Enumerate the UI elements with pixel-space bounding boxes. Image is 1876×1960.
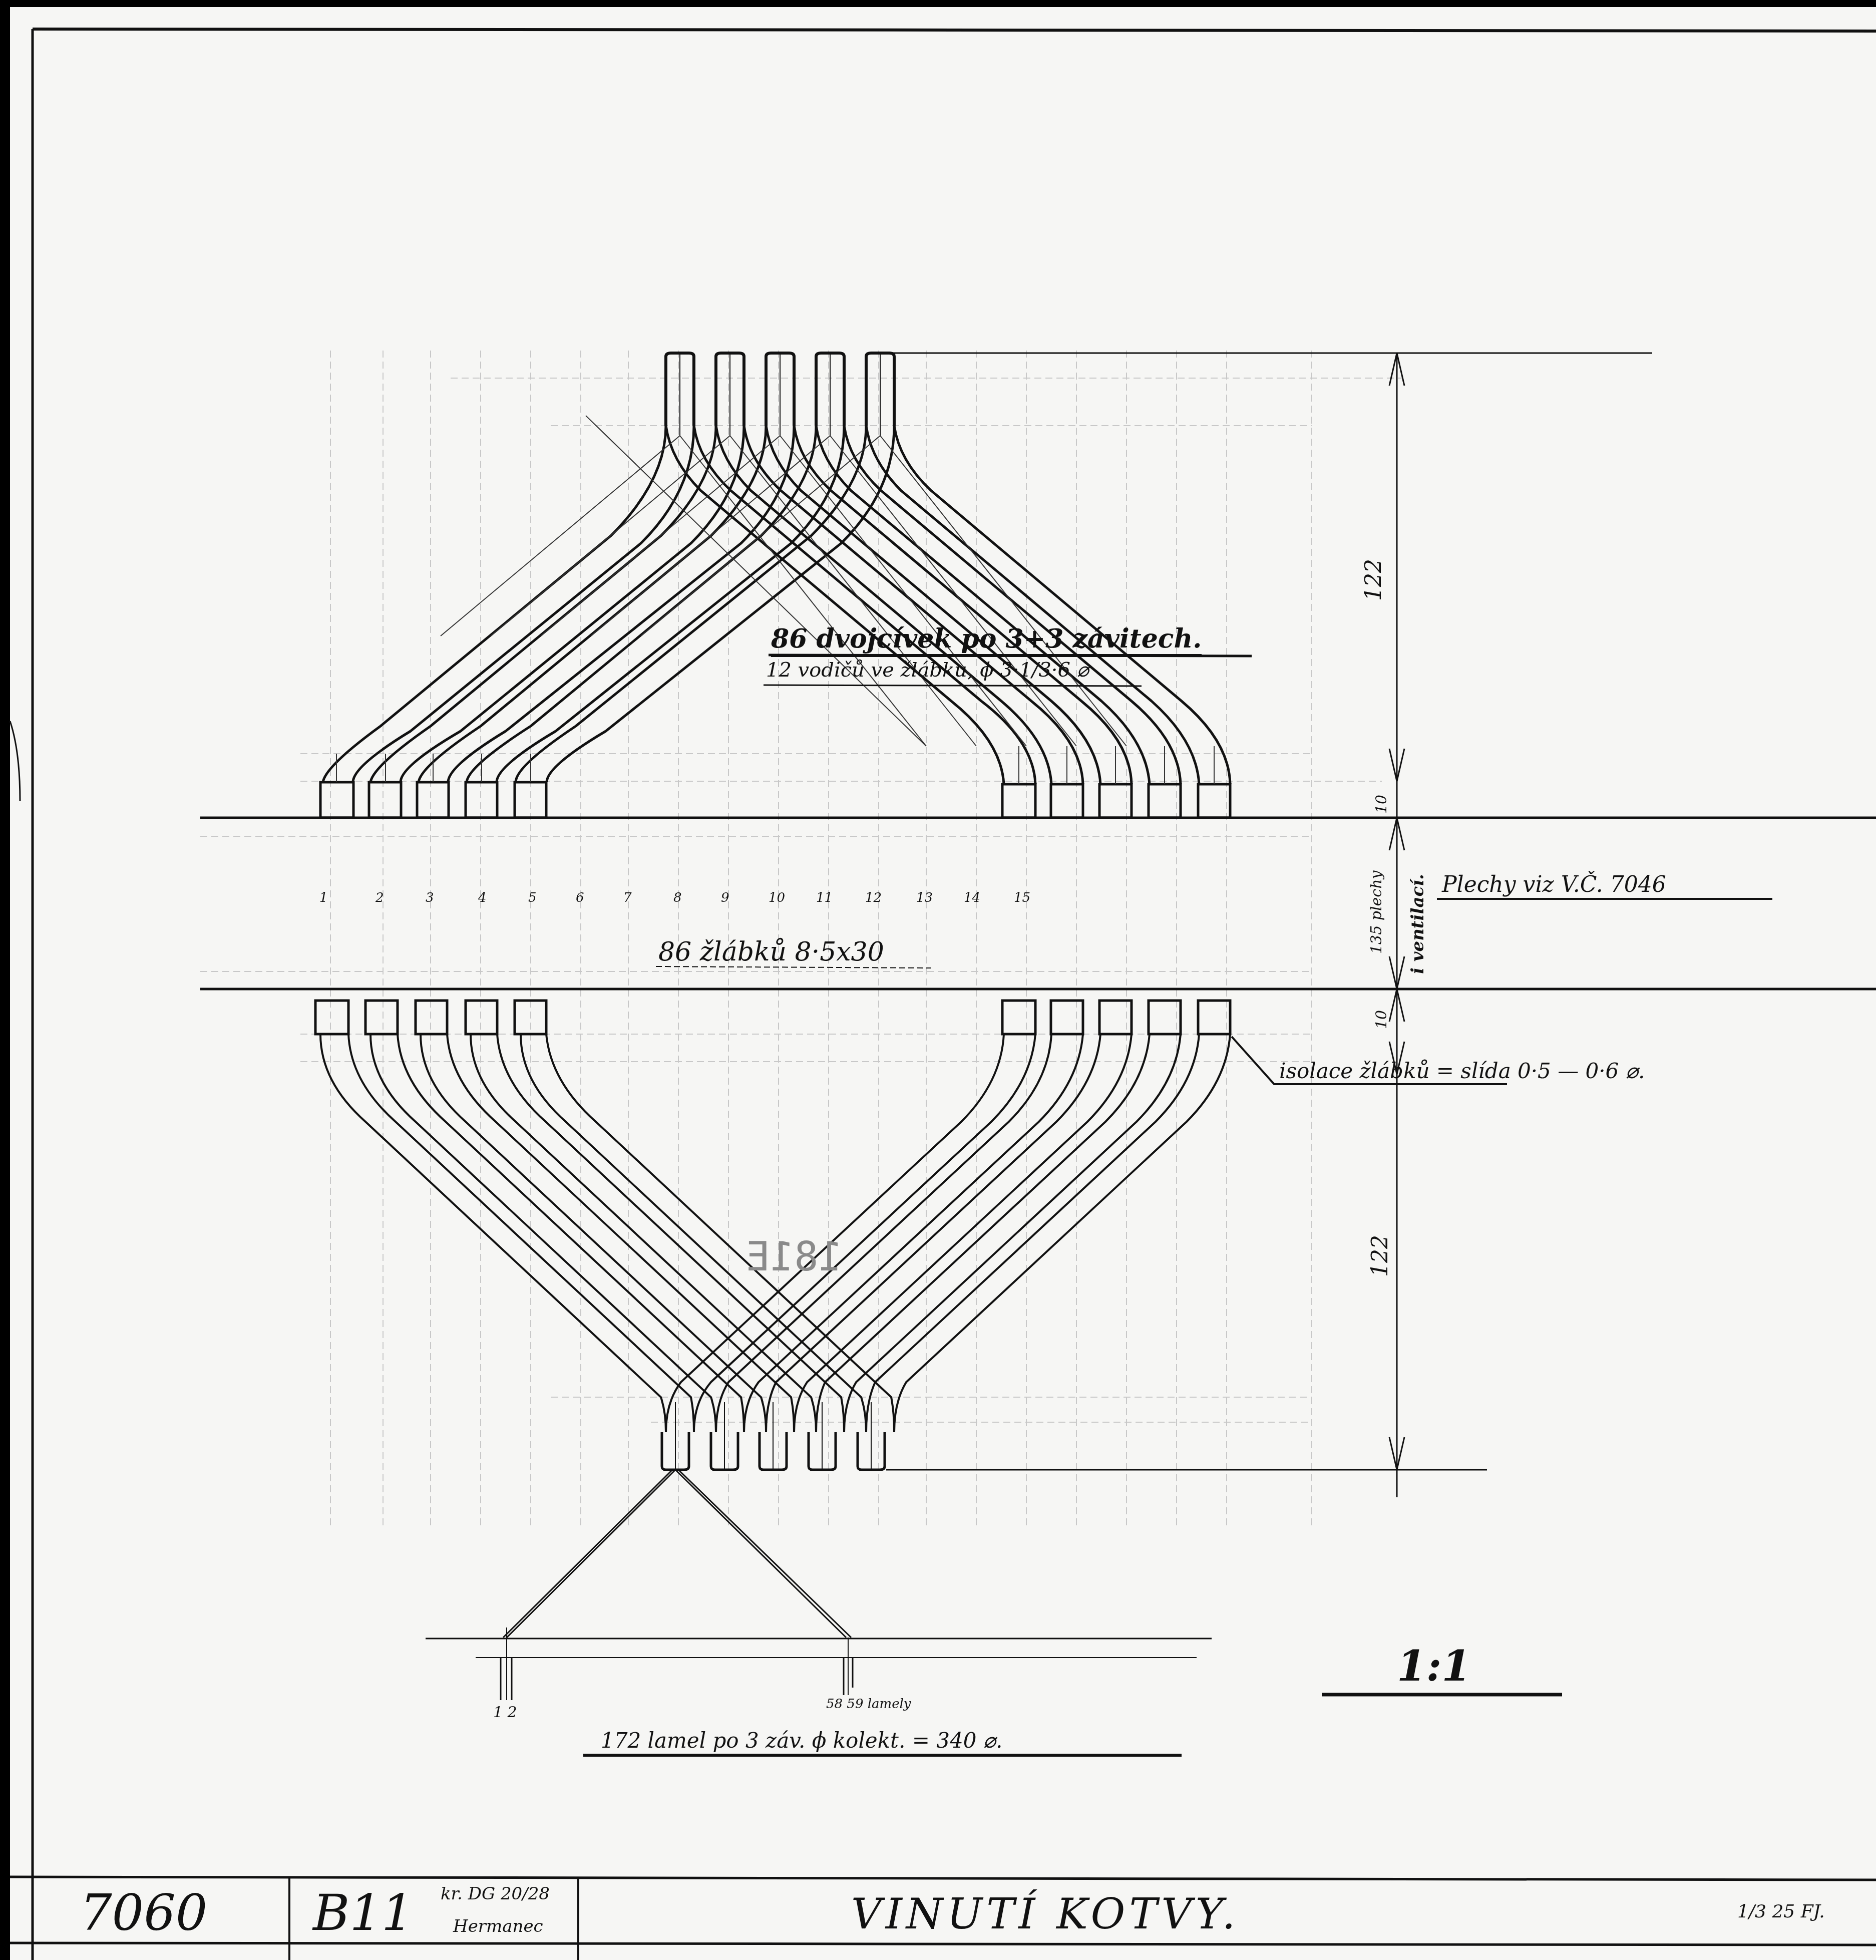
text-underlines — [583, 655, 1772, 1755]
drawn-by-note: kr. DG 20/28 — [441, 1885, 550, 1902]
upper-winding-left — [323, 426, 894, 782]
edge-arc — [10, 721, 20, 801]
slot-number: 5 — [528, 890, 537, 905]
armature-winding-diagram — [0, 0, 1876, 1960]
commutator-note: 172 lamel po 3 záv. ϕ kolekt. = 340 ⌀. — [601, 1730, 1002, 1751]
slot-number: 6 — [576, 890, 584, 905]
lamella-left-label: 1 2 — [493, 1705, 517, 1720]
slot-number: 12 — [865, 890, 882, 905]
commutator-leads — [503, 1470, 851, 1638]
slot-number: 9 — [721, 890, 729, 905]
coils-note: 86 dvojcívek po 3+3 závitech. — [771, 626, 1202, 657]
mirrored-stamp: 181E — [746, 1237, 843, 1277]
dim-upper-gap: 10 — [1374, 795, 1389, 814]
lamella-right-label: 58 59 lamely — [826, 1698, 911, 1711]
insulation-note: isolace žlábků = slída 0·5 — 0·6 ⌀. — [1279, 1061, 1645, 1082]
drawing-number: 7060 — [80, 1888, 208, 1938]
author-name: Hermanec — [453, 1918, 543, 1935]
slot-number: 8 — [673, 890, 682, 905]
dim-lower-gap: 10 — [1374, 1010, 1389, 1029]
dim-lower-overhang: 122 — [1369, 1235, 1391, 1277]
conductors-note: 12 vodičů ve žlábku, ϕ 3·1/3·6 ⌀ — [766, 660, 1089, 680]
slot-number: 3 — [426, 890, 434, 905]
upper-slot-boxes — [320, 782, 1230, 818]
commutator-lines — [426, 1627, 1212, 1700]
lower-slot-boxes — [315, 1001, 1230, 1034]
core-sheets-note: 135 plechy — [1369, 871, 1384, 954]
core-ventilation-note: i ventilací. — [1409, 874, 1426, 974]
slot-number: 1 — [319, 890, 328, 905]
sheet-frame — [33, 29, 1876, 1960]
slot-number: 13 — [916, 890, 933, 905]
slot-number: 11 — [816, 890, 833, 905]
slot-number: 7 — [623, 890, 632, 905]
upper-winding-inner — [336, 416, 1214, 784]
sheets-reference-note: Plechy viz V.Č. 7046 — [1442, 874, 1666, 896]
lower-coil-center-lines — [675, 1402, 871, 1470]
drawing-sheet: 181E 86 dvojcívek po 3+3 závitech. 12 vo… — [0, 0, 1876, 1960]
dim-upper-overhang: 122 — [1363, 559, 1385, 601]
drawing-title: VINUTÍ KOTVY. — [851, 1893, 1239, 1935]
slot-number: 2 — [376, 890, 384, 905]
slot-number: 14 — [964, 890, 980, 905]
upper-winding-right — [666, 426, 1230, 784]
upper-coil-center-lines — [680, 353, 880, 436]
series-code: B11 — [313, 1888, 414, 1938]
slot-number: 15 — [1014, 890, 1030, 905]
slot-number: 4 — [478, 890, 487, 905]
scale-label: 1:1 — [1397, 1645, 1471, 1687]
slots-note: 86 žlábků 8·5x30 — [658, 939, 884, 965]
slot-number: 10 — [769, 890, 785, 905]
core-lines — [200, 353, 1876, 1470]
date-initials: 1/3 25 FJ. — [1737, 1903, 1825, 1921]
dimension-lines — [1389, 353, 1404, 1497]
